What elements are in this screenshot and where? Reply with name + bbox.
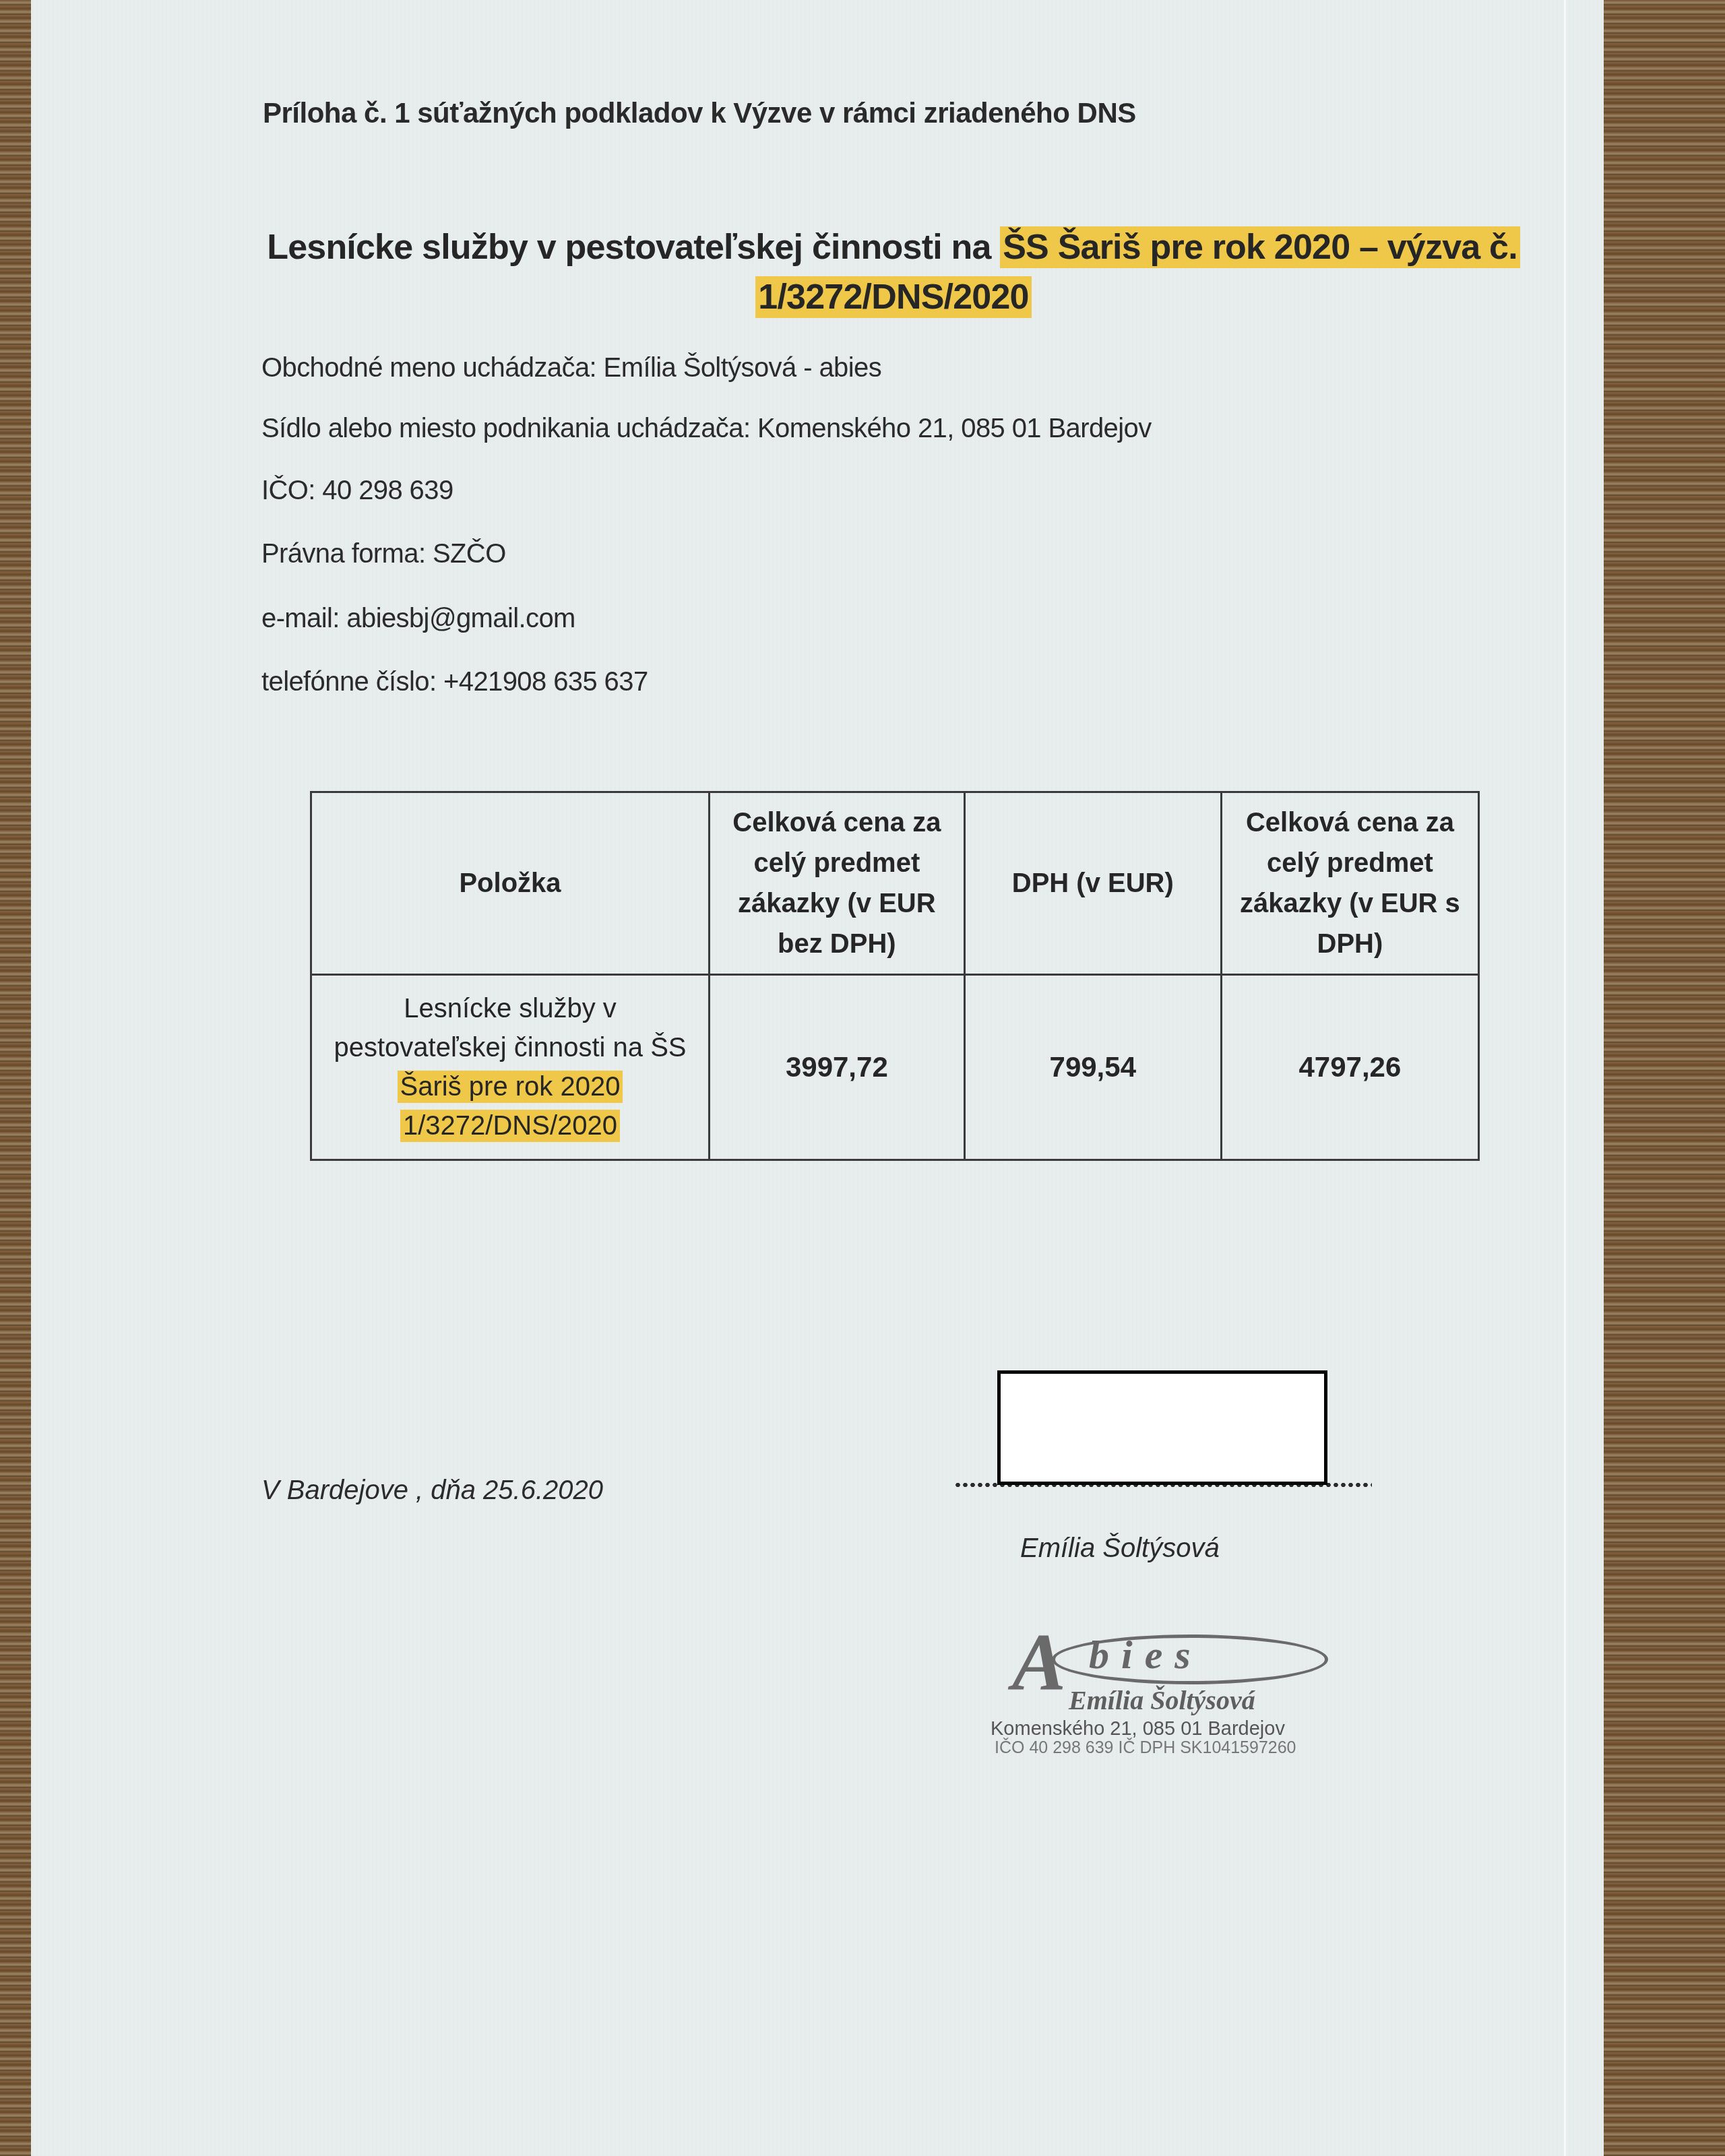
bidder-legal-form: Právna forma: SZČO <box>261 539 506 569</box>
header-item: Položka <box>311 792 710 975</box>
bidder-name-label: Obchodné meno uchádzača: <box>261 353 596 383</box>
cell-price-with-vat: 4797,26 <box>1221 975 1478 1160</box>
title-highlight-2: 1/3272/DNS/2020 <box>755 276 1031 318</box>
bidder-address: Sídlo alebo miesto podnikania uchádzača:… <box>261 414 1152 444</box>
bidder-phone-value: +421908 635 637 <box>443 667 648 697</box>
company-stamp: A bies Emília Šoltýsová Komenského 21, 0… <box>988 1622 1365 1757</box>
header-vat: DPH (v EUR) <box>964 792 1221 975</box>
bidder-ico-label: IČO: <box>261 476 315 505</box>
stamp-logo-word: bies <box>1089 1632 1203 1678</box>
cell-price-without-vat: 3997,72 <box>710 975 965 1160</box>
item-highlight-1: Šariš pre rok 2020 <box>398 1071 623 1103</box>
stamp-name: Emília Šoltýsová <box>1069 1684 1255 1716</box>
cell-vat: 799,54 <box>964 975 1221 1160</box>
paper-fold <box>1564 0 1566 2156</box>
annex-heading: Príloha č. 1 súťažných podkladov k Výzve… <box>263 97 1136 129</box>
header-price-without-vat: Celková cena za celý predmet zákazky (v … <box>710 792 965 975</box>
price-table-header-row: Položka Celková cena za celý predmet zák… <box>311 792 1479 975</box>
stamp-ids: IČO 40 298 639 IČ DPH SK1041597260 <box>995 1738 1296 1758</box>
header-price-with-vat: Celková cena za celý predmet zákazky (v … <box>1221 792 1478 975</box>
document-page: Príloha č. 1 súťažných podkladov k Výzve… <box>31 0 1604 2156</box>
signature-redaction-box <box>997 1370 1327 1485</box>
bidder-phone: telefónne číslo: +421908 635 637 <box>261 667 648 697</box>
document-title: Lesnícke služby v pestovateľskej činnost… <box>233 222 1554 322</box>
bidder-ico-value: 40 298 639 <box>322 476 453 505</box>
bidder-name-value: Emília Šoltýsová - abies <box>596 353 881 383</box>
bidder-email: e-mail: abiesbj@gmail.com <box>261 604 575 634</box>
item-highlight-2: 1/3272/DNS/2020 <box>400 1110 620 1142</box>
bidder-email-value: abiesbj@gmail.com <box>346 604 575 633</box>
title-plain: Lesnícke služby v pestovateľskej činnost… <box>267 228 1000 267</box>
bidder-ico: IČO: 40 298 639 <box>261 476 453 506</box>
title-highlight-1: ŠS Šariš pre rok 2020 – výzva č. <box>1000 226 1520 268</box>
bidder-legal-form-value: SZČO <box>433 539 506 569</box>
bidder-phone-label: telefónne číslo: <box>261 667 436 697</box>
stamp-address: Komenského 21, 085 01 Bardejov <box>991 1718 1285 1740</box>
bidder-address-label: Sídlo alebo miesto podnikania uchádzača: <box>261 414 750 443</box>
bidder-address-value: Komenského 21, 085 01 Bardejov <box>757 414 1152 443</box>
cell-item: Lesnícke služby v pestovateľskej činnost… <box>311 975 710 1160</box>
price-table: Položka Celková cena za celý predmet zák… <box>310 791 1480 1161</box>
bidder-email-label: e-mail: <box>261 604 340 633</box>
item-plain: Lesnícke služby v pestovateľskej činnost… <box>334 994 686 1063</box>
bidder-name: Obchodné meno uchádzača: Emília Šoltýsov… <box>261 353 881 383</box>
place-and-date: V Bardejove , dňa 25.6.2020 <box>261 1476 603 1506</box>
table-row: Lesnícke služby v pestovateľskej činnost… <box>311 975 1479 1160</box>
bidder-legal-form-label: Právna forma: <box>261 539 425 569</box>
signer-name: Emília Šoltýsová <box>1020 1533 1220 1564</box>
stamp-logo-letter: A <box>1012 1616 1066 1709</box>
